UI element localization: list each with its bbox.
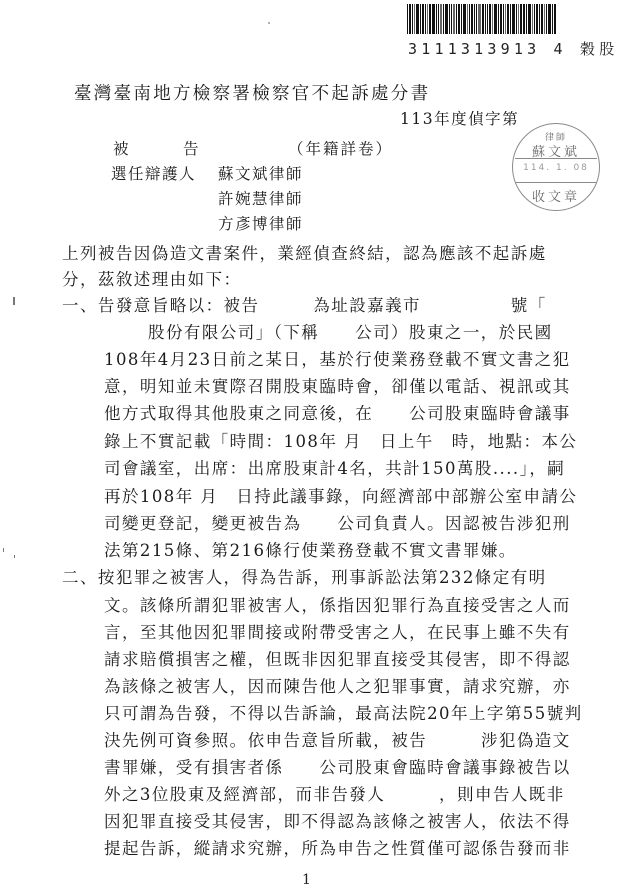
body-line: 文。該條所謂犯罪被害人，係指因犯罪行為直接受害之人而 — [104, 592, 571, 616]
barcode-bar — [414, 4, 415, 34]
stamp-bottom: 收文章 — [513, 186, 599, 205]
barcode-bar — [432, 4, 435, 34]
barcode-bar — [539, 4, 540, 34]
body-line: 外之3位股東及經濟部，而非告發人 ，則申告人既非 — [104, 781, 565, 805]
counsel-label: 選任辯護人 — [111, 162, 196, 184]
barcode-bar — [463, 4, 466, 34]
barcode-bar — [471, 4, 473, 34]
body-line: 只可謂為告發，不得以告訴論，最高法院20年上字第55號判 — [104, 700, 583, 724]
margin-mark — [13, 297, 15, 305]
body-line: 再於108年 月 日持此議事錄，向經濟部中部辦公室申請公 — [104, 483, 577, 507]
body-line: 言，至其他因犯罪間接或附帶受害之人，在民事上雖不失有 — [104, 619, 571, 643]
barcode-bar — [520, 4, 522, 34]
received-stamp: 律師 蘇文斌 114. 1. 08 收文章 — [512, 123, 600, 211]
barcode-bar — [526, 4, 527, 34]
body-line: 分，茲敘述理由如下： — [62, 266, 242, 290]
barcode-bar — [476, 4, 477, 34]
stamp-date: 114. 1. 08 — [513, 163, 599, 173]
section-1-heading: 一、告發意旨略以：被告 為址設嘉義市 號「 — [62, 292, 547, 316]
body-line: 股份有限公司」（下稱 公司）股東之一，於民國 — [148, 319, 553, 343]
barcode-bar — [429, 4, 431, 34]
barcode-bar — [451, 4, 452, 34]
body-line: 錄上不實記載「時間：108年 月 日上午 時，地點：本公 — [104, 428, 577, 452]
barcode-bar — [500, 4, 502, 34]
body-line: 為該條之被害人，因而陳告他人之犯罪事實，請求究辦，亦 — [104, 673, 571, 697]
stamp-divider — [515, 158, 597, 159]
body-line: 因犯罪直接受其侵害，即不得認為該條之被害人，依法不得 — [104, 808, 571, 832]
barcode-bar — [494, 4, 497, 34]
defendant-label: 被告 — [113, 137, 199, 159]
barcode-bar — [427, 4, 428, 34]
section-2-heading: 二、按犯罪之被害人，得為告訴，刑事訴訟法第232條定有明 — [62, 564, 547, 588]
scan-speck — [268, 22, 270, 24]
barcode-bar — [445, 4, 448, 34]
barcode-bar — [440, 4, 442, 34]
barcode-bar — [469, 4, 470, 34]
lawyer-2: 許婉慧律師 — [218, 187, 303, 209]
barcode-bar — [516, 4, 517, 34]
lawyer-3: 方彥博律師 — [218, 212, 303, 234]
body-line: 108年4月23日前之某日，基於行使業務登載不實文書之犯 — [104, 346, 571, 370]
margin-mark — [14, 555, 15, 558]
barcode-bar — [436, 4, 437, 34]
case-number: 113年度偵字第 — [400, 107, 519, 129]
barcode-bar — [507, 4, 509, 34]
barcode-bar — [554, 4, 556, 34]
barcode-suffix: 穀股 — [580, 40, 618, 58]
defendant-label-char-2: 告 — [183, 140, 199, 158]
body-line: 法第215條、第216條行使業務登載不實文書罪嫌。 — [104, 537, 517, 561]
body-line: 意，明知並未實際召開股東臨時會，卻僅以電話、視訊或其 — [104, 373, 571, 397]
barcode-bar — [482, 4, 484, 34]
defendant-label-char-1: 被 — [113, 137, 183, 159]
barcode-bar — [453, 4, 455, 34]
body-line: 決先例可資參照。依申告意旨所載，被告 涉犯偽造文 — [104, 727, 571, 751]
barcode-bar — [422, 4, 424, 34]
barcode-bar — [498, 4, 499, 34]
barcode-bar — [523, 4, 525, 34]
barcode-bar — [478, 4, 481, 34]
barcode-bar — [420, 4, 421, 34]
barcode-bar — [544, 4, 545, 34]
barcode-digits: 3111313913 4 — [408, 40, 567, 58]
barcode-bar — [528, 4, 531, 34]
barcode-bar — [467, 4, 468, 34]
barcode-bar — [552, 4, 553, 34]
barcode-bar — [443, 4, 444, 34]
barcode-bar — [449, 4, 450, 34]
barcode-bar — [487, 4, 488, 34]
barcode-bar — [503, 4, 504, 34]
page-number: 1 — [302, 872, 311, 888]
barcode-bar — [485, 4, 486, 34]
barcode-bar — [492, 4, 493, 34]
barcode-bar — [407, 4, 408, 34]
barcode-bar — [474, 4, 475, 34]
body-line: 書罪嫌，受有損害者係 公司股東會臨時會議事錄被告以 — [104, 754, 571, 778]
barcode — [407, 4, 617, 34]
barcode-bar — [438, 4, 439, 34]
body-line: 司變更登記，變更被告為 公司負責人。因認被告涉犯刑 — [104, 510, 571, 534]
barcode-bar — [458, 4, 460, 34]
barcode-bar — [456, 4, 457, 34]
barcode-bar — [512, 4, 515, 34]
barcode-bar — [534, 4, 535, 34]
body-line: 請求賠償損害之權，但既非因犯罪直接受其侵害，即不得認 — [104, 646, 571, 670]
stamp-divider — [515, 182, 597, 183]
barcode-bar — [409, 4, 411, 34]
defendant-note: （年籍詳卷） — [288, 137, 393, 159]
body-line: 他方式取得其他股東之同意後，在 公司股東臨時會議事 — [104, 400, 571, 424]
barcode-bar — [425, 4, 426, 34]
barcode-bar — [518, 4, 519, 34]
body-line: 提起告訴，縱請求究辦，所為申告之性質僅可認係告發而非 — [104, 835, 571, 859]
lawyer-1: 蘇文斌律師 — [218, 162, 303, 184]
barcode-bar — [489, 4, 491, 34]
barcode-bar — [536, 4, 538, 34]
barcode-bar — [505, 4, 506, 34]
barcode-bar — [412, 4, 413, 34]
body-line: 上列被告因偽造文書案件，業經偵查終結，認為應該不起訴處 — [62, 240, 547, 264]
document-title: 臺灣臺南地方檢察署檢察官不起訴處分書 — [74, 80, 430, 105]
body-line: 司會議室，出席：出席股東計4名，共計150萬股....」，嗣 — [104, 455, 565, 479]
barcode-bar — [461, 4, 462, 34]
barcode-bar — [541, 4, 543, 34]
barcode-bar — [546, 4, 547, 34]
barcode-bar — [416, 4, 419, 34]
barcode-bar — [532, 4, 533, 34]
barcode-bar — [510, 4, 511, 34]
barcode-number: 3111313913 4 穀股 — [408, 38, 618, 59]
margin-mark — [3, 548, 4, 552]
barcode-bar — [548, 4, 551, 34]
